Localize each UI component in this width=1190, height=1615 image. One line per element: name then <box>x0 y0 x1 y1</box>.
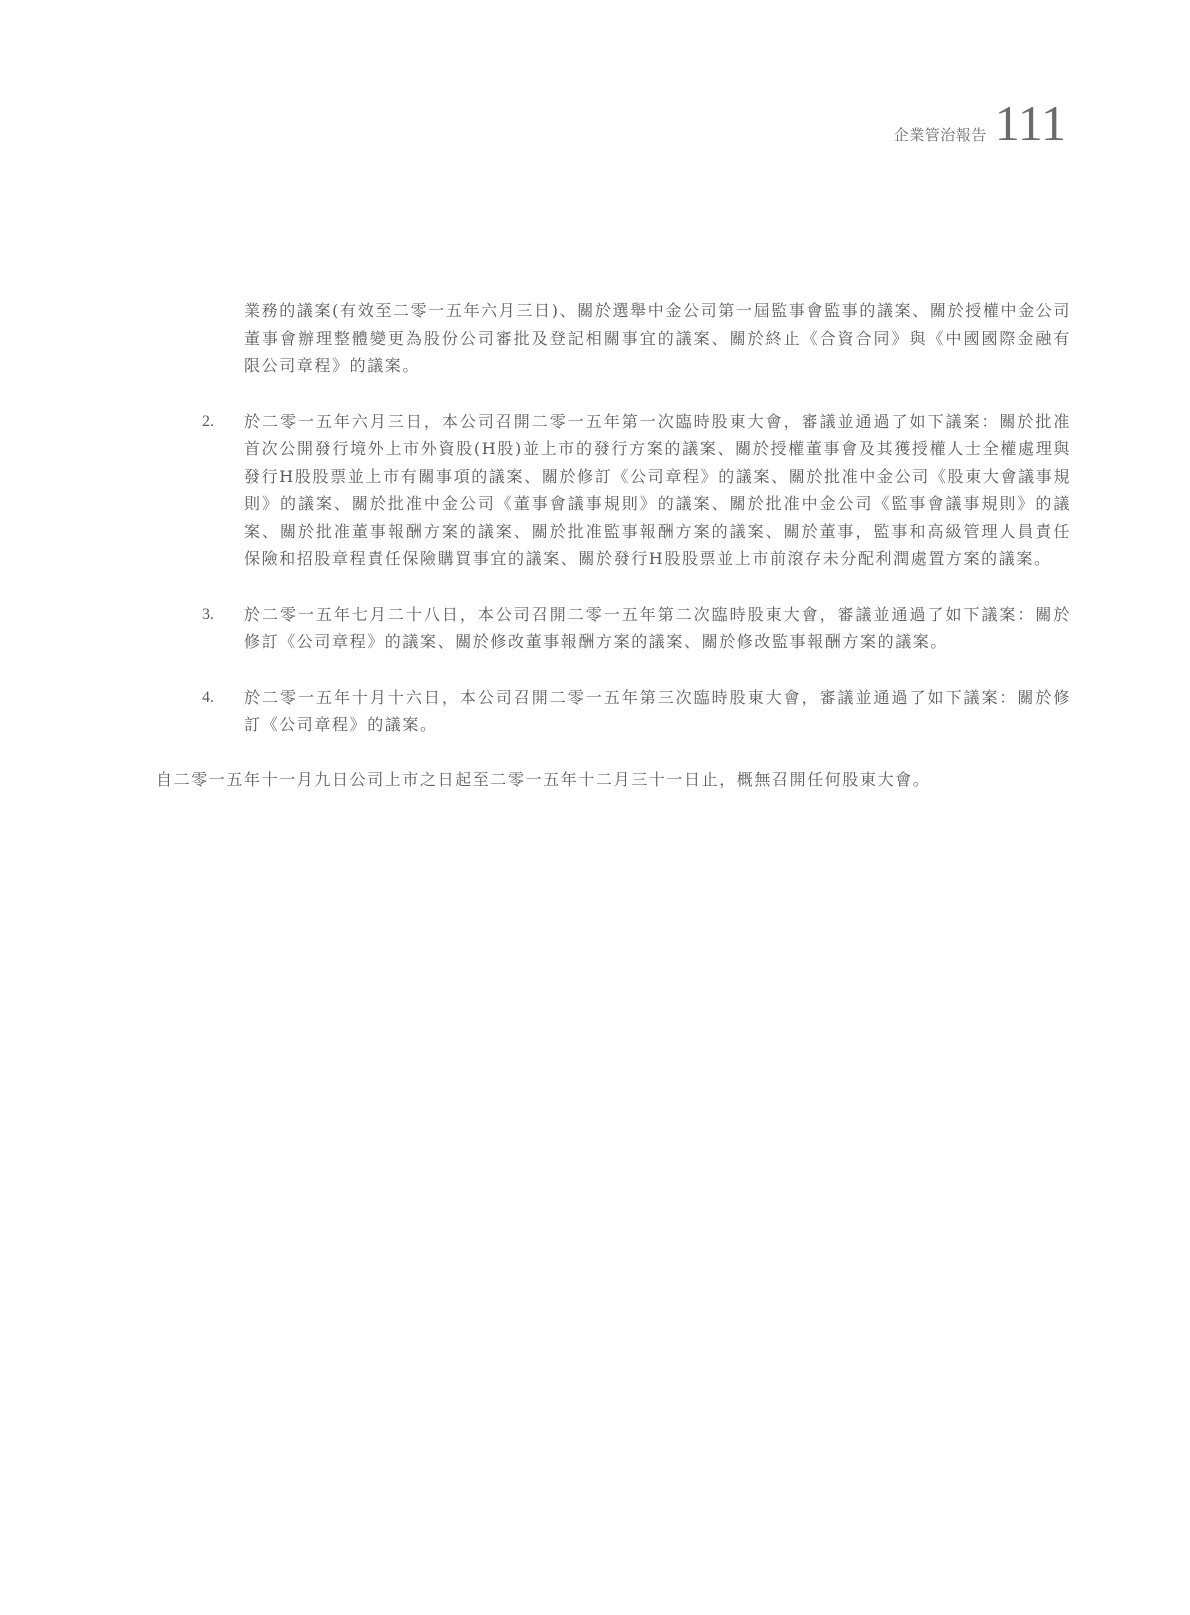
page-header: 企業管治報告 111 <box>894 98 1066 148</box>
list-item-text: 於二零一五年七月二十八日，本公司召開二零一五年第二次臨時股東大會，審議並通過了如… <box>244 601 1071 656</box>
continued-paragraph: 業務的議案(有效至二零一五年六月三日)、關於選舉中金公司第一屆監事會監事的議案、… <box>156 297 1071 380</box>
list-item: 2. 於二零一五年六月三日，本公司召開二零一五年第一次臨時股東大會，審議並通過了… <box>156 408 1071 573</box>
list-item: 3. 於二零一五年七月二十八日，本公司召開二零一五年第二次臨時股東大會，審議並通… <box>156 601 1071 656</box>
list-item-text: 於二零一五年十月十六日，本公司召開二零一五年第三次臨時股東大會，審議並通過了如下… <box>244 684 1071 739</box>
list-item-text: 於二零一五年六月三日，本公司召開二零一五年第一次臨時股東大會，審議並通過了如下議… <box>244 408 1071 573</box>
section-title: 企業管治報告 <box>894 124 987 145</box>
page-number: 111 <box>995 98 1066 148</box>
list-item-number: 2. <box>156 408 244 573</box>
list-item-number: 4. <box>156 684 244 739</box>
closing-paragraph: 自二零一五年十一月九日公司上市之日起至二零一五年十二月三十一日止，概無召開任何股… <box>156 766 1071 794</box>
list-item: 4. 於二零一五年十月十六日，本公司召開二零一五年第三次臨時股東大會，審議並通過… <box>156 684 1071 739</box>
document-body: 業務的議案(有效至二零一五年六月三日)、關於選舉中金公司第一屆監事會監事的議案、… <box>156 297 1071 793</box>
list-item-number: 3. <box>156 601 244 656</box>
